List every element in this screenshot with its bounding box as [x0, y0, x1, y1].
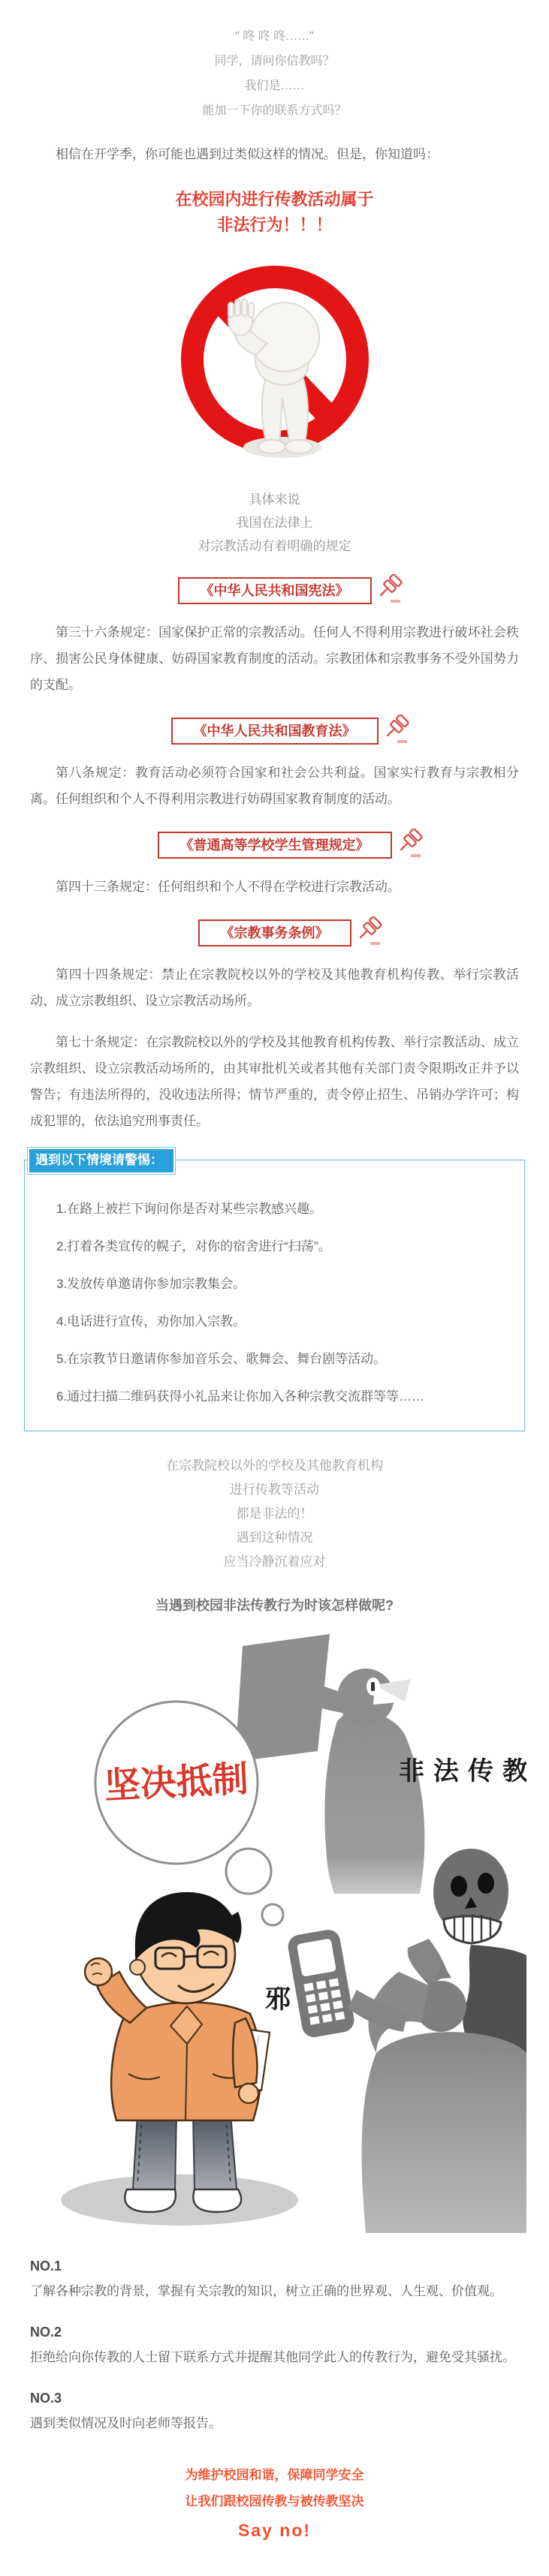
conclusion-line: 在宗教院校以外的学校及其他教育机构	[0, 1454, 549, 1478]
law-title-box: 《普通高等学校学生管理规定》	[158, 832, 392, 859]
say-no-slogan: Say no!	[0, 2514, 549, 2546]
warning-item: 2.打着各类宣传的幌子，对你的宿舍进行“扫荡”。	[56, 1234, 511, 1259]
intro-dialogue: " 咚 咚 咚……" 同学，请问你信教吗？ 我们是…… 能加一下你的联系方式吗？	[0, 0, 549, 123]
lead-line: 对宗教活动有着明确的规定	[0, 534, 549, 558]
law-section-religious-affairs: 《宗教事务条例》	[0, 919, 549, 946]
law-section-student-regulations: 《普通高等学校学生管理规定》	[0, 832, 549, 859]
resist-cult-cartoon: 非法传教 邪教	[23, 1633, 526, 2233]
alert-heading-line2: 非法行为！！！	[0, 212, 549, 238]
conclusion-line: 遇到这种情况	[0, 1526, 549, 1550]
intro-line: 我们是……	[0, 74, 549, 98]
intro-line: 同学，请问你信教吗？	[0, 49, 549, 74]
warning-item: 6.通过扫描二维码获得小礼品来让你加入各种宗教交流群等等……	[56, 1384, 511, 1410]
tip-number: NO.3	[30, 2388, 519, 2408]
warning-item: 3.发放传单邀请你参加宗教集会。	[56, 1271, 511, 1297]
lead-lines: 具体来说 我国在法律上 对宗教活动有着明确的规定	[0, 488, 549, 558]
tip-number: NO.2	[30, 2322, 519, 2342]
no-preaching-sign-icon	[162, 256, 388, 474]
lead-line: 具体来说	[0, 488, 549, 511]
gavel-icon	[354, 916, 385, 946]
gavel-icon	[382, 715, 412, 745]
article-page: " 咚 咚 咚……" 同学，请问你信教吗？ 我们是…… 能加一下你的联系方式吗？…	[0, 0, 549, 2576]
question-line: 当遇到校园非法传教行为时该怎样做呢?	[0, 1593, 549, 1618]
law-paragraph: 第三十六条规定：国家保护正常的宗教活动。任何人不得利用宗教进行破坏社会秩序、损害…	[30, 619, 519, 698]
law-paragraph: 第四十三条规定：任何组织和个人不得在学校进行宗教活动。	[30, 874, 519, 900]
tip-text: 拒绝给向你传教的人士留下联系方式并提醒其他同学此人的传教行为，避免受其骚扰。	[30, 2346, 519, 2369]
conclusion-line: 都是非法的！	[0, 1502, 549, 1526]
law-section-education-law: 《中华人民共和国教育法》	[0, 718, 549, 745]
gavel-icon	[375, 574, 405, 604]
law-title: 《中华人民共和国教育法》	[194, 724, 356, 739]
old-phone-icon	[286, 1928, 356, 2039]
law-paragraph: 第四十四条规定：禁止在宗教院校以外的学校及其他教育机构传教、举行宗教活动、成立宗…	[30, 961, 519, 1014]
law-title-box: 《中华人民共和国宪法》	[178, 577, 372, 604]
cartoon-illustration: 非法传教 邪教	[0, 1633, 549, 2237]
footer-line: 为维护校园和谐，保障同学安全	[0, 2462, 549, 2488]
warning-item: 5.在宗教节日邀请你参加音乐会、歌舞会、舞台剧等活动。	[56, 1347, 511, 1372]
tips-section: NO.1 了解各种宗教的背景，掌握有关宗教的知识，树立正确的世界观、人生观、价值…	[0, 2256, 549, 2435]
alert-heading-line1: 在校园内进行传教活动属于	[0, 187, 549, 212]
law-title-box: 《宗教事务条例》	[198, 919, 351, 946]
tip-text: 了解各种宗教的背景，掌握有关宗教的知识，树立正确的世界观、人生观、价值观。	[30, 2280, 519, 2303]
footer-slogan: 为维护校园和谐，保障同学安全 让我们跟校园传教与被传教坚决 Say no!	[0, 2462, 549, 2576]
law-paragraph: 第八条规定：教育活动必须符合国家和社会公共利益。国家实行教育与宗教相分离。任何组…	[30, 760, 519, 812]
warning-item: 1.在路上被拦下询问你是否对某些宗教感兴趣。	[56, 1196, 511, 1222]
law-paragraph: 第七十条规定：在宗教院校以外的学校及其他教育机构传教、举行宗教活动、成立宗教组织…	[30, 1029, 519, 1134]
intro-line: 能加一下你的联系方式吗？	[0, 98, 549, 123]
conclusion-line: 应当冷静沉着应对	[0, 1550, 549, 1574]
tip-number: NO.1	[30, 2256, 519, 2276]
law-title: 《普通高等学校学生管理规定》	[180, 838, 370, 853]
law-title: 《中华人民共和国宪法》	[201, 583, 349, 598]
warning-box-header: 遇到以下情境请警惕：	[28, 1148, 175, 1174]
boy	[61, 1892, 298, 2225]
conclusion-lines: 在宗教院校以外的学校及其他教育机构 进行传教等活动 都是非法的！ 遇到这种情况 …	[0, 1454, 549, 1574]
lead-line: 我国在法律上	[0, 511, 549, 534]
law-section-constitution: 《中华人民共和国宪法》	[0, 577, 549, 604]
alert-heading: 在校园内进行传教活动属于 非法行为！！！	[0, 187, 549, 238]
label-illegal-preach: 非法传教	[399, 1756, 526, 1786]
conclusion-line: 进行传教等活动	[0, 1478, 549, 1502]
warning-item: 4.电话进行宣传，劝你加入宗教。	[56, 1309, 511, 1335]
intro-line: " 咚 咚 咚……"	[0, 24, 549, 49]
bubble-text: 坚决抵制	[103, 1758, 249, 1807]
prohibition-illustration	[0, 256, 549, 477]
gavel-icon	[395, 829, 425, 859]
footer-line: 让我们跟校园传教与被传教坚决	[0, 2488, 549, 2514]
warning-scenarios-box: 遇到以下情境请警惕： 1.在路上被拦下询问你是否对某些宗教感兴趣。 2.打着各类…	[24, 1160, 525, 1431]
intro-paragraph: 相信在开学季，你可能也遇到过类似这样的情况。但是，你知道吗：	[30, 141, 519, 167]
law-title: 《宗教事务条例》	[221, 925, 329, 940]
tip-text: 遇到类似情况及时向老师等报告。	[30, 2412, 519, 2435]
law-title-box: 《中华人民共和国教育法》	[171, 718, 379, 745]
